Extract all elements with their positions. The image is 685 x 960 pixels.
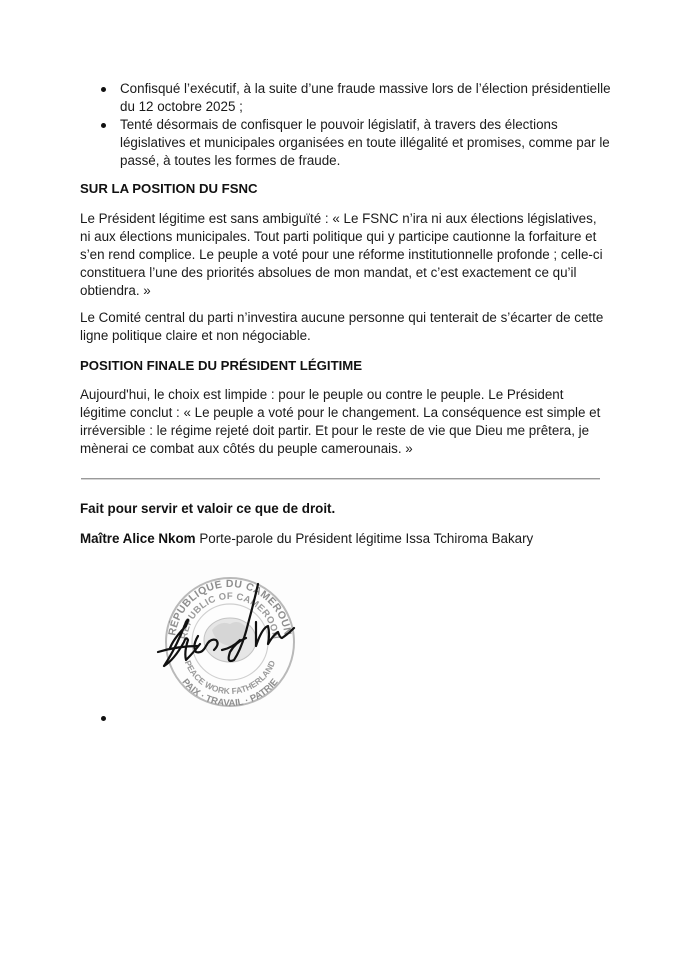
bullet-text: Tenté désormais de confisquer le pouvoir… xyxy=(120,117,610,168)
section-heading-final-position: POSITION FINALE DU PRÉSIDENT LÉGITIME xyxy=(80,357,610,375)
horizontal-divider xyxy=(81,478,600,480)
bullet-item: Confisqué l’exécutif, à la suite d’une f… xyxy=(80,80,620,116)
empty-bullet-dot-icon xyxy=(101,716,106,721)
bullet-item: Tenté désormais de confisquer le pouvoir… xyxy=(80,116,620,170)
document-page: Confisqué l’exécutif, à la suite d’une f… xyxy=(0,0,685,960)
seal-stamp-icon: RÉPUBLIQUE DU CAMEROUN REPUBLIC OF CAMER… xyxy=(130,560,320,720)
section-heading-fsnc: SUR LA POSITION DU FSNC xyxy=(80,180,610,198)
bullet-text: Confisqué l’exécutif, à la suite d’une f… xyxy=(120,81,611,114)
bullet-dot-icon xyxy=(101,123,106,128)
signatory-line: Maître Alice Nkom Porte-parole du Présid… xyxy=(80,530,610,548)
paragraph-fsnc-position: Le Président légitime est sans ambiguïté… xyxy=(80,210,610,300)
fraud-bullet-list: Confisqué l’exécutif, à la suite d’une f… xyxy=(80,80,620,170)
signatory-title: Porte-parole du Président légitime Issa … xyxy=(199,531,533,546)
signatory-name: Maître Alice Nkom xyxy=(80,531,196,546)
closing-statement: Fait pour servir et valoir ce que de dro… xyxy=(80,500,610,518)
official-seal-with-signature: RÉPUBLIQUE DU CAMEROUN REPUBLIC OF CAMER… xyxy=(130,560,320,720)
paragraph-central-committee: Le Comité central du parti n’investira a… xyxy=(80,309,610,345)
paragraph-final-position: Aujourd'hui, le choix est limpide : pour… xyxy=(80,386,610,458)
bullet-dot-icon xyxy=(101,87,106,92)
